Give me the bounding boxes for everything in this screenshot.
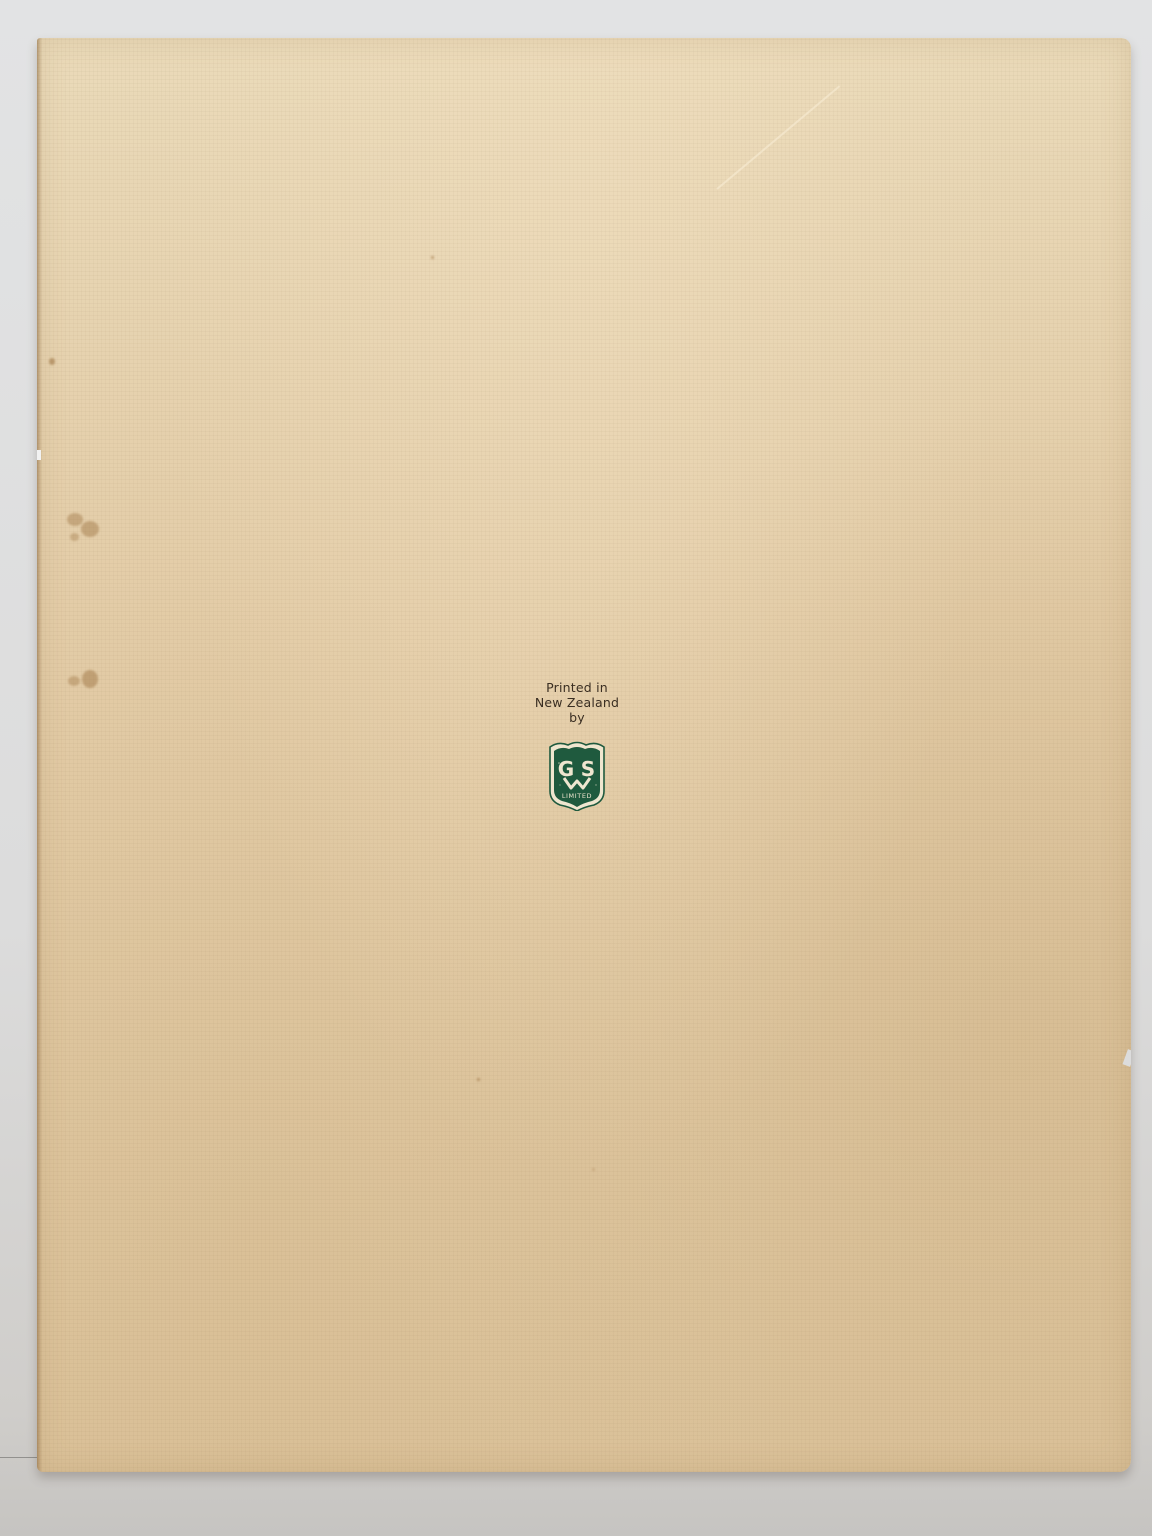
printer-imprint: Printed in New Zealand by G S LIMITED bbox=[527, 680, 627, 811]
stain-mark bbox=[81, 521, 99, 537]
stain-mark bbox=[68, 676, 80, 686]
svg-text:S: S bbox=[581, 757, 595, 781]
stain-mark bbox=[67, 513, 83, 526]
spine-edge bbox=[37, 38, 42, 1472]
background-line bbox=[0, 1457, 40, 1458]
imprint-line-3: by bbox=[527, 710, 627, 725]
booklet-back-cover: Printed in New Zealand by G S LIMITED bbox=[37, 38, 1131, 1472]
imprint-line-2: New Zealand bbox=[527, 695, 627, 710]
edge-tear bbox=[1123, 1049, 1131, 1067]
stain-mark bbox=[477, 1078, 480, 1081]
stain-mark bbox=[49, 358, 55, 365]
logo-subtitle: LIMITED bbox=[562, 792, 592, 800]
edge-tear bbox=[37, 450, 41, 460]
stain-mark bbox=[70, 533, 79, 541]
stain-mark bbox=[82, 670, 98, 688]
imprint-line-1: Printed in bbox=[527, 680, 627, 695]
stain-mark bbox=[431, 256, 434, 259]
paper-crease bbox=[716, 85, 840, 189]
svg-text:G: G bbox=[558, 757, 574, 781]
printer-shield-logo-icon: G S LIMITED bbox=[544, 741, 610, 811]
stain-mark bbox=[592, 1168, 595, 1171]
